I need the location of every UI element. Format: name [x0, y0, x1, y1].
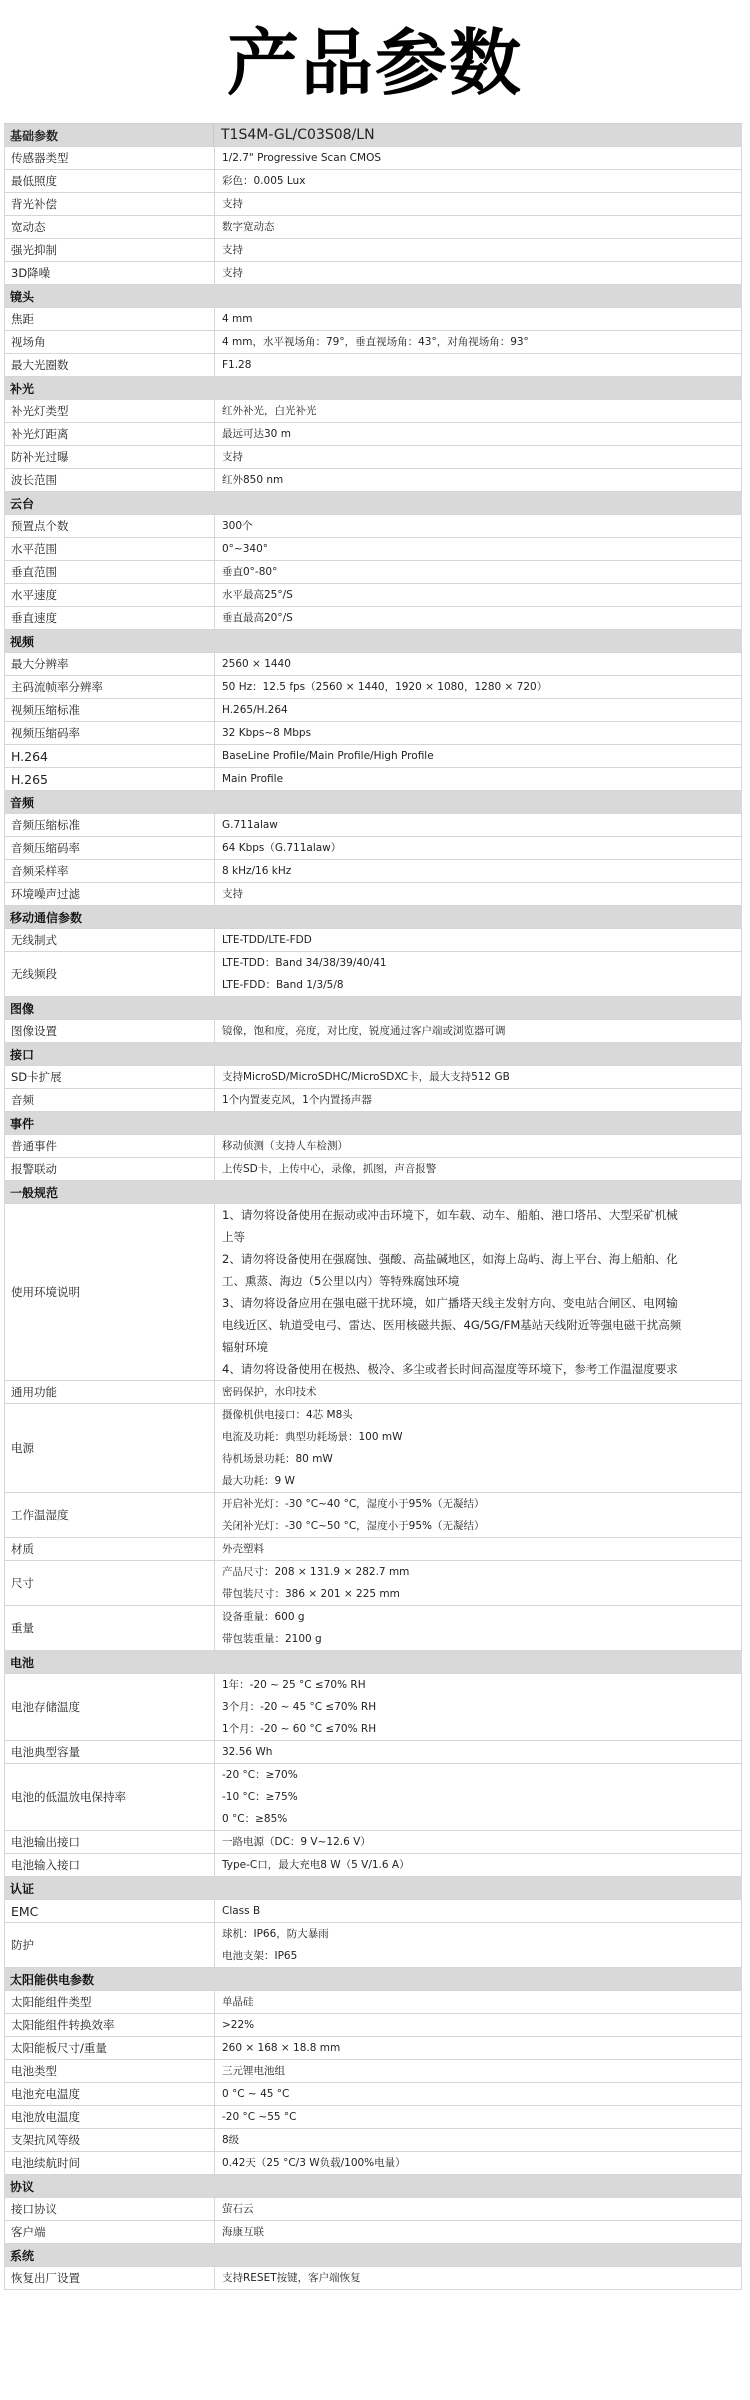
- spec-row: H.264BaseLine Profile/Main Profile/High …: [4, 745, 742, 768]
- spec-key: 强光抑制: [5, 239, 215, 261]
- spec-value-line: LTE-TDD：Band 34/38/39/40/41: [222, 952, 733, 974]
- spec-key: 电池输出接口: [5, 1831, 215, 1853]
- spec-key: 波长范围: [5, 469, 215, 491]
- spec-value-line: 彩色：0.005 Lux: [222, 170, 733, 192]
- spec-key: 防补光过曝: [5, 446, 215, 468]
- spec-value-line: 3、请勿将设备应用在强电磁干扰环境，如广播塔天线主发射方向、变电站合闸区、电网输: [222, 1292, 733, 1314]
- spec-value: 镜像，饱和度，亮度，对比度，锐度通过客户端或浏览器可调: [215, 1020, 741, 1042]
- spec-value: 支持: [215, 883, 741, 905]
- spec-value: -20 °C：≥70%-10 °C：≥75% 0 °C：≥85%: [215, 1764, 741, 1830]
- spec-value: 64 Kbps（G.711alaw）: [215, 837, 741, 859]
- spec-value: -20 °C ~55 °C: [215, 2106, 741, 2128]
- spec-value-line: 支持: [222, 446, 733, 468]
- spec-row: H.265Main Profile: [4, 768, 742, 791]
- spec-value: 0 °C ~ 45 °C: [215, 2083, 741, 2105]
- spec-value-line: 球机：IP66，防大暴雨: [222, 1923, 733, 1945]
- spec-key: 通用功能: [5, 1381, 215, 1403]
- spec-key: 视频压缩标准: [5, 699, 215, 721]
- spec-value-line: H.265/H.264: [222, 699, 733, 721]
- spec-key: 背光补偿: [5, 193, 215, 215]
- spec-key: 普通事件: [5, 1135, 215, 1157]
- spec-row: 最低照度彩色：0.005 Lux: [4, 170, 742, 193]
- spec-value-line: F1.28: [222, 354, 733, 376]
- spec-row: 电池的低温放电保持率-20 °C：≥70%-10 °C：≥75% 0 °C：≥8…: [4, 1764, 742, 1831]
- spec-value: 红外补光，白光补光: [215, 400, 741, 422]
- spec-value-line: 辐射环境: [222, 1336, 733, 1358]
- spec-row: 音频1个内置麦克风，1个内置扬声器: [4, 1089, 742, 1112]
- spec-key: 电源: [5, 1404, 215, 1492]
- section-header: 补光: [4, 377, 742, 400]
- spec-value-line: >22%: [222, 2014, 733, 2036]
- spec-value-line: 上传SD卡，上传中心，录像，抓图，声音报警: [222, 1158, 733, 1180]
- spec-key: 客户端: [5, 2221, 215, 2243]
- section-header: 云台: [4, 492, 742, 515]
- spec-row: 音频压缩标准G.711alaw: [4, 814, 742, 837]
- section-title: 系统: [4, 2247, 34, 2264]
- spec-value-line: 支持: [222, 883, 733, 905]
- spec-key: 垂直范围: [5, 561, 215, 583]
- spec-row: 垂直速度垂直最高20°/S: [4, 607, 742, 630]
- spec-value-line: 1、请勿将设备使用在振动或冲击环境下，如车载、动车、船舶、港口塔吊、大型采矿机械: [222, 1204, 733, 1226]
- spec-key: H.265: [5, 768, 215, 790]
- spec-value: 支持: [215, 262, 741, 284]
- spec-value: 最远可达30 m: [215, 423, 741, 445]
- section-header: 音频: [4, 791, 742, 814]
- spec-value-line: 支持MicroSD/MicroSDHC/MicroSDXC卡，最大支持512 G…: [222, 1066, 733, 1088]
- spec-row: 最大分辨率2560 × 1440: [4, 653, 742, 676]
- spec-row: 电池典型容量32.56 Wh: [4, 1741, 742, 1764]
- spec-value-line: Type-C口，最大充电8 W（5 V/1.6 A）: [222, 1854, 733, 1876]
- section-title: 太阳能供电参数: [4, 1971, 94, 1988]
- spec-value: 球机：IP66，防大暴雨电池支架：IP65: [215, 1923, 741, 1967]
- spec-value-line: 8 kHz/16 kHz: [222, 860, 733, 882]
- spec-value: 支持MicroSD/MicroSDHC/MicroSDXC卡，最大支持512 G…: [215, 1066, 741, 1088]
- spec-value-line: 64 Kbps（G.711alaw）: [222, 837, 733, 859]
- spec-row: 传感器类型1/2.7" Progressive Scan CMOS: [4, 147, 742, 170]
- section-title: 移动通信参数: [4, 909, 82, 926]
- spec-value-line: 1年：-20 ~ 25 °C ≤70% RH: [222, 1674, 733, 1696]
- spec-value: 上传SD卡，上传中心，录像，抓图，声音报警: [215, 1158, 741, 1180]
- spec-row: 环境噪声过滤支持: [4, 883, 742, 906]
- spec-key: 3D降噪: [5, 262, 215, 284]
- spec-key: H.264: [5, 745, 215, 767]
- spec-value: Type-C口，最大充电8 W（5 V/1.6 A）: [215, 1854, 741, 1876]
- spec-row: 宽动态数字宽动态: [4, 216, 742, 239]
- spec-key: 尺寸: [5, 1561, 215, 1605]
- spec-key: 垂直速度: [5, 607, 215, 629]
- spec-value-line: 4、请勿将设备使用在极热、极冷、多尘或者长时间高湿度等环境下，参考工作温湿度要求: [222, 1358, 733, 1380]
- spec-row: 恢复出厂设置支持RESET按键，客户端恢复: [4, 2267, 742, 2290]
- spec-value-line: 3个月：-20 ~ 45 °C ≤70% RH: [222, 1696, 733, 1718]
- spec-row: 客户端海康互联: [4, 2221, 742, 2244]
- spec-row: 电源摄像机供电接口：4芯 M8头电流及功耗：典型功耗场景：100 mW待机场景功…: [4, 1404, 742, 1493]
- spec-value: LTE-TDD/LTE-FDD: [215, 929, 741, 951]
- section-title: 补光: [4, 380, 34, 397]
- spec-value-line: BaseLine Profile/Main Profile/High Profi…: [222, 745, 733, 767]
- spec-row: 无线频段LTE-TDD：Band 34/38/39/40/41LTE-FDD：B…: [4, 952, 742, 997]
- spec-value: 设备重量：600 g带包装重量：2100 g: [215, 1606, 741, 1650]
- spec-row: 太阳能组件类型单晶硅: [4, 1991, 742, 2014]
- spec-value-line: 设备重量：600 g: [222, 1606, 733, 1628]
- spec-row: SD卡扩展支持MicroSD/MicroSDHC/MicroSDXC卡，最大支持…: [4, 1066, 742, 1089]
- spec-value-line: 水平最高25°/S: [222, 584, 733, 606]
- spec-value: Main Profile: [215, 768, 741, 790]
- section-header: 事件: [4, 1112, 742, 1135]
- spec-row: 图像设置镜像，饱和度，亮度，对比度，锐度通过客户端或浏览器可调: [4, 1020, 742, 1043]
- spec-value: H.265/H.264: [215, 699, 741, 721]
- spec-value-line: 密码保护，水印技术: [222, 1381, 733, 1403]
- spec-row: 音频采样率8 kHz/16 kHz: [4, 860, 742, 883]
- page-title: 产品参数: [0, 18, 750, 108]
- spec-row: 背光补偿支持: [4, 193, 742, 216]
- spec-value-line: Main Profile: [222, 768, 733, 790]
- spec-value-line: 带包装尺寸：386 × 201 × 225 mm: [222, 1583, 733, 1605]
- section-header: 一般规范: [4, 1181, 742, 1204]
- model-number: T1S4M-GL/C03S08/LN: [221, 124, 734, 146]
- spec-value-line: 1个内置麦克风，1个内置扬声器: [222, 1089, 733, 1111]
- spec-row: 材质外壳塑料: [4, 1538, 742, 1561]
- spec-value-line: 带包装重量：2100 g: [222, 1628, 733, 1650]
- spec-value: Class B: [215, 1900, 741, 1922]
- spec-value-line: 1/2.7" Progressive Scan CMOS: [222, 147, 733, 169]
- spec-row: 重量设备重量：600 g带包装重量：2100 g: [4, 1606, 742, 1651]
- spec-key: 传感器类型: [5, 147, 215, 169]
- spec-key: 工作温湿度: [5, 1493, 215, 1537]
- spec-row: 音频压缩码率64 Kbps（G.711alaw）: [4, 837, 742, 860]
- spec-key: EMC: [5, 1900, 215, 1922]
- spec-row: 主码流帧率分辨率50 Hz：12.5 fps（2560 × 1440，1920 …: [4, 676, 742, 699]
- spec-value: 红外850 nm: [215, 469, 741, 491]
- spec-row: 通用功能密码保护，水印技术: [4, 1381, 742, 1404]
- spec-value: 摄像机供电接口：4芯 M8头电流及功耗：典型功耗场景：100 mW待机场景功耗：…: [215, 1404, 741, 1492]
- spec-value-line: 电线近区、轨道受电弓、雷达、医用核磁共振、4G/5G/FM基站天线附近等强电磁干…: [222, 1314, 733, 1336]
- spec-value-line: 红外补光，白光补光: [222, 400, 733, 422]
- spec-value: 垂直最高20°/S: [215, 607, 741, 629]
- spec-value: 单晶硅: [215, 1991, 741, 2013]
- spec-key: 最大光圈数: [5, 354, 215, 376]
- spec-value-line: 0°~340°: [222, 538, 733, 560]
- spec-value-line: 工、熏蒸、海边（5公里以内）等特殊腐蚀环境: [222, 1270, 733, 1292]
- spec-key: 太阳能组件转换效率: [5, 2014, 215, 2036]
- spec-value-line: 支持RESET按键，客户端恢复: [222, 2267, 733, 2289]
- spec-value-line: 红外850 nm: [222, 469, 733, 491]
- spec-value: 32 Kbps~8 Mbps: [215, 722, 741, 744]
- section-header: 太阳能供电参数: [4, 1968, 742, 1991]
- spec-value: 支持: [215, 446, 741, 468]
- spec-row: 垂直范围垂直0°-80°: [4, 561, 742, 584]
- spec-value: G.711alaw: [215, 814, 741, 836]
- section-header: 视频: [4, 630, 742, 653]
- spec-row: 电池存储温度1年：-20 ~ 25 °C ≤70% RH3个月：-20 ~ 45…: [4, 1674, 742, 1741]
- spec-key: 电池类型: [5, 2060, 215, 2082]
- spec-key: 水平范围: [5, 538, 215, 560]
- spec-row: 电池类型三元锂电池组: [4, 2060, 742, 2083]
- spec-key: 视场角: [5, 331, 215, 353]
- spec-value-line: 垂直0°-80°: [222, 561, 733, 583]
- spec-row: 预置点个数300个: [4, 515, 742, 538]
- section-title: 图像: [4, 1000, 34, 1017]
- spec-key: 音频压缩标准: [5, 814, 215, 836]
- spec-row: 报警联动上传SD卡，上传中心，录像，抓图，声音报警: [4, 1158, 742, 1181]
- spec-key: 无线制式: [5, 929, 215, 951]
- spec-table: 基础参数T1S4M-GL/C03S08/LN传感器类型1/2.7" Progre…: [4, 123, 742, 2290]
- spec-row: 水平速度水平最高25°/S: [4, 584, 742, 607]
- spec-value: 支持: [215, 239, 741, 261]
- spec-value: BaseLine Profile/Main Profile/High Profi…: [215, 745, 741, 767]
- spec-key: 水平速度: [5, 584, 215, 606]
- spec-value-line: 32 Kbps~8 Mbps: [222, 722, 733, 744]
- spec-value: 密码保护，水印技术: [215, 1381, 741, 1403]
- spec-value: 32.56 Wh: [215, 1741, 741, 1763]
- spec-value-line: 支持: [222, 239, 733, 261]
- spec-value-line: 0 °C ~ 45 °C: [222, 2083, 733, 2105]
- spec-value-line: G.711alaw: [222, 814, 733, 836]
- spec-key: 重量: [5, 1606, 215, 1650]
- spec-key: 预置点个数: [5, 515, 215, 537]
- spec-value: 1个内置麦克风，1个内置扬声器: [215, 1089, 741, 1111]
- section-title: 电池: [4, 1654, 34, 1671]
- spec-value-line: 开启补光灯：-30 °C~40 °C，湿度小于95%（无凝结）: [222, 1493, 733, 1515]
- spec-value: 水平最高25°/S: [215, 584, 741, 606]
- spec-value-line: -20 °C ~55 °C: [222, 2106, 733, 2128]
- spec-value-line: 待机场景功耗：80 mW: [222, 1448, 733, 1470]
- spec-key: 补光灯类型: [5, 400, 215, 422]
- spec-value: 产品尺寸：208 × 131.9 × 282.7 mm带包装尺寸：386 × 2…: [215, 1561, 741, 1605]
- spec-value-line: LTE-TDD/LTE-FDD: [222, 929, 733, 951]
- spec-value-line: -20 °C：≥70%: [222, 1764, 733, 1786]
- spec-value: 50 Hz：12.5 fps（2560 × 1440，1920 × 1080，1…: [215, 676, 741, 698]
- spec-value-line: 萤石云: [222, 2198, 733, 2220]
- spec-key: 主码流帧率分辨率: [5, 676, 215, 698]
- spec-value: 4 mm: [215, 308, 741, 330]
- section-title: 认证: [4, 1880, 34, 1897]
- spec-value-line: 最远可达30 m: [222, 423, 733, 445]
- spec-value: 开启补光灯：-30 °C~40 °C，湿度小于95%（无凝结）关闭补光灯：-30…: [215, 1493, 741, 1537]
- spec-value: 海康互联: [215, 2221, 741, 2243]
- spec-key: 视频压缩码率: [5, 722, 215, 744]
- spec-key: 防护: [5, 1923, 215, 1967]
- spec-value-line: 镜像，饱和度，亮度，对比度，锐度通过客户端或浏览器可调: [222, 1020, 733, 1042]
- section-header: 移动通信参数: [4, 906, 742, 929]
- spec-row: 普通事件移动侦测（支持人车检测）: [4, 1135, 742, 1158]
- spec-value-line: 2、请勿将设备使用在强腐蚀、强酸、高盐碱地区，如海上岛屿、海上平台、海上船舶、化: [222, 1248, 733, 1270]
- spec-value-line: 单晶硅: [222, 1991, 733, 2013]
- spec-value: 2560 × 1440: [215, 653, 741, 675]
- spec-key: 电池放电温度: [5, 2106, 215, 2128]
- spec-row: 电池输出接口一路电源（DC：9 V~12.6 V）: [4, 1831, 742, 1854]
- spec-row: 补光灯类型红外补光，白光补光: [4, 400, 742, 423]
- spec-value-line: 0 °C：≥85%: [222, 1808, 733, 1830]
- spec-value-line: 上等: [222, 1226, 733, 1248]
- spec-value-line: 300个: [222, 515, 733, 537]
- spec-key: 音频采样率: [5, 860, 215, 882]
- spec-value-line: LTE-FDD：Band 1/3/5/8: [222, 974, 733, 996]
- spec-value-line: 数字宽动态: [222, 216, 733, 238]
- spec-value-line: 垂直最高20°/S: [222, 607, 733, 629]
- spec-value-line: 一路电源（DC：9 V~12.6 V）: [222, 1831, 733, 1853]
- spec-row: 电池充电温度0 °C ~ 45 °C: [4, 2083, 742, 2106]
- spec-value-line: 移动侦测（支持人车检测）: [222, 1135, 733, 1157]
- spec-value-line: 产品尺寸：208 × 131.9 × 282.7 mm: [222, 1561, 733, 1583]
- spec-key: 补光灯距离: [5, 423, 215, 445]
- spec-value-line: 最大功耗：9 W: [222, 1470, 733, 1492]
- spec-key: 使用环境说明: [5, 1204, 215, 1380]
- spec-key: 最大分辨率: [5, 653, 215, 675]
- spec-value: 支持RESET按键，客户端恢复: [215, 2267, 741, 2289]
- spec-value-line: 摄像机供电接口：4芯 M8头: [222, 1404, 733, 1426]
- spec-row: 强光抑制支持: [4, 239, 742, 262]
- spec-value-line: 8级: [222, 2129, 733, 2151]
- section-header: 图像: [4, 997, 742, 1020]
- section-title: 接口: [4, 1046, 34, 1063]
- spec-row: 电池输入接口Type-C口，最大充电8 W（5 V/1.6 A）: [4, 1854, 742, 1877]
- spec-value-line: 0.42天（25 °C/3 W负载/100%电量）: [222, 2152, 733, 2174]
- spec-value: 外壳塑料: [215, 1538, 741, 1560]
- section-header: 协议: [4, 2175, 742, 2198]
- spec-value-line: -10 °C：≥75%: [222, 1786, 733, 1808]
- spec-row: 太阳能组件转换效率>22%: [4, 2014, 742, 2037]
- spec-row: 3D降噪支持: [4, 262, 742, 285]
- spec-value: LTE-TDD：Band 34/38/39/40/41LTE-FDD：Band …: [215, 952, 741, 996]
- section-header: 系统: [4, 2244, 742, 2267]
- spec-row: 视频压缩码率32 Kbps~8 Mbps: [4, 722, 742, 745]
- spec-row: 最大光圈数F1.28: [4, 354, 742, 377]
- spec-value-line: Class B: [222, 1900, 733, 1922]
- spec-value-line: 关闭补光灯：-30 °C~50 °C，湿度小于95%（无凝结）: [222, 1515, 733, 1537]
- spec-key: 接口协议: [5, 2198, 215, 2220]
- spec-value-line: 32.56 Wh: [222, 1741, 733, 1763]
- spec-key: 电池输入接口: [5, 1854, 215, 1876]
- spec-value: 1年：-20 ~ 25 °C ≤70% RH3个月：-20 ~ 45 °C ≤7…: [215, 1674, 741, 1740]
- spec-row: 电池放电温度-20 °C ~55 °C: [4, 2106, 742, 2129]
- section-header: 认证: [4, 1877, 742, 1900]
- spec-key: 电池存储温度: [5, 1674, 215, 1740]
- spec-value: 萤石云: [215, 2198, 741, 2220]
- spec-value-line: 海康互联: [222, 2221, 733, 2243]
- spec-key: 音频压缩码率: [5, 837, 215, 859]
- spec-key: 材质: [5, 1538, 215, 1560]
- spec-value-line: 260 × 168 × 18.8 mm: [222, 2037, 733, 2059]
- section-title: 音频: [4, 794, 34, 811]
- spec-key: 环境噪声过滤: [5, 883, 215, 905]
- spec-value: 0.42天（25 °C/3 W负载/100%电量）: [215, 2152, 741, 2174]
- spec-value: 彩色：0.005 Lux: [215, 170, 741, 192]
- spec-key: 无线频段: [5, 952, 215, 996]
- spec-row: 电池续航时间0.42天（25 °C/3 W负载/100%电量）: [4, 2152, 742, 2175]
- spec-key: 支架抗风等级: [5, 2129, 215, 2151]
- spec-value: 300个: [215, 515, 741, 537]
- spec-key: 宽动态: [5, 216, 215, 238]
- spec-row: 视频压缩标准H.265/H.264: [4, 699, 742, 722]
- spec-key: 最低照度: [5, 170, 215, 192]
- spec-key: 报警联动: [5, 1158, 215, 1180]
- spec-key: 电池典型容量: [5, 1741, 215, 1763]
- spec-row: 支架抗风等级8级: [4, 2129, 742, 2152]
- spec-value: 支持: [215, 193, 741, 215]
- spec-value: 一路电源（DC：9 V~12.6 V）: [215, 1831, 741, 1853]
- section-title: 协议: [4, 2178, 34, 2195]
- spec-key: 太阳能组件类型: [5, 1991, 215, 2013]
- section-header: 基础参数T1S4M-GL/C03S08/LN: [4, 124, 742, 147]
- spec-value: 260 × 168 × 18.8 mm: [215, 2037, 741, 2059]
- spec-key: 焦距: [5, 308, 215, 330]
- spec-value-line: 50 Hz：12.5 fps（2560 × 1440，1920 × 1080，1…: [222, 676, 733, 698]
- spec-key: 电池续航时间: [5, 2152, 215, 2174]
- spec-row: 焦距4 mm: [4, 308, 742, 331]
- spec-row: 波长范围红外850 nm: [4, 469, 742, 492]
- spec-value-line: 4 mm，水平视场角：79°，垂直视场角：43°，对角视场角：93°: [222, 331, 733, 353]
- spec-row: 水平范围0°~340°: [4, 538, 742, 561]
- section-title: 基础参数: [4, 124, 214, 147]
- section-header: 接口: [4, 1043, 742, 1066]
- spec-value-line: 1个月：-20 ~ 60 °C ≤70% RH: [222, 1718, 733, 1740]
- section-header: 电池: [4, 1651, 742, 1674]
- spec-row: 补光灯距离最远可达30 m: [4, 423, 742, 446]
- section-title: 镜头: [4, 288, 34, 305]
- spec-value: >22%: [215, 2014, 741, 2036]
- spec-row: 无线制式LTE-TDD/LTE-FDD: [4, 929, 742, 952]
- spec-row: 接口协议萤石云: [4, 2198, 742, 2221]
- spec-value-line: 2560 × 1440: [222, 653, 733, 675]
- spec-value-line: 支持: [222, 262, 733, 284]
- spec-key: 太阳能板尺寸/重量: [5, 2037, 215, 2059]
- spec-value: 三元锂电池组: [215, 2060, 741, 2082]
- spec-value: 垂直0°-80°: [215, 561, 741, 583]
- spec-value: 数字宽动态: [215, 216, 741, 238]
- spec-value: 4 mm，水平视场角：79°，垂直视场角：43°，对角视场角：93°: [215, 331, 741, 353]
- spec-key: 音频: [5, 1089, 215, 1111]
- spec-value-line: 支持: [222, 193, 733, 215]
- section-title: 视频: [4, 633, 34, 650]
- spec-value-line: 三元锂电池组: [222, 2060, 733, 2082]
- spec-value-line: 电池支架：IP65: [222, 1945, 733, 1967]
- spec-value: 移动侦测（支持人车检测）: [215, 1135, 741, 1157]
- spec-key: 电池充电温度: [5, 2083, 215, 2105]
- spec-value: 1、请勿将设备使用在振动或冲击环境下，如车载、动车、船舶、港口塔吊、大型采矿机械…: [215, 1204, 741, 1380]
- section-title: 事件: [4, 1115, 34, 1132]
- spec-value-line: 电流及功耗：典型功耗场景：100 mW: [222, 1426, 733, 1448]
- spec-key: SD卡扩展: [5, 1066, 215, 1088]
- spec-value: 0°~340°: [215, 538, 741, 560]
- spec-key: 电池的低温放电保持率: [5, 1764, 215, 1830]
- spec-value: F1.28: [215, 354, 741, 376]
- spec-row: 尺寸产品尺寸：208 × 131.9 × 282.7 mm带包装尺寸：386 ×…: [4, 1561, 742, 1606]
- section-title: 云台: [4, 495, 34, 512]
- spec-value: 1/2.7" Progressive Scan CMOS: [215, 147, 741, 169]
- spec-row: 太阳能板尺寸/重量260 × 168 × 18.8 mm: [4, 2037, 742, 2060]
- spec-value: 8 kHz/16 kHz: [215, 860, 741, 882]
- spec-row: 使用环境说明1、请勿将设备使用在振动或冲击环境下，如车载、动车、船舶、港口塔吊、…: [4, 1204, 742, 1381]
- section-header: 镜头: [4, 285, 742, 308]
- spec-value-line: 4 mm: [222, 308, 733, 330]
- spec-row: 视场角4 mm，水平视场角：79°，垂直视场角：43°，对角视场角：93°: [4, 331, 742, 354]
- spec-value-line: 外壳塑料: [222, 1538, 733, 1560]
- spec-row: 防补光过曝支持: [4, 446, 742, 469]
- spec-key: 恢复出厂设置: [5, 2267, 215, 2289]
- spec-row: EMCClass B: [4, 1900, 742, 1923]
- spec-row: 工作温湿度开启补光灯：-30 °C~40 °C，湿度小于95%（无凝结）关闭补光…: [4, 1493, 742, 1538]
- section-title: 一般规范: [4, 1184, 58, 1201]
- spec-row: 防护球机：IP66，防大暴雨电池支架：IP65: [4, 1923, 742, 1968]
- spec-key: 图像设置: [5, 1020, 215, 1042]
- spec-value: 8级: [215, 2129, 741, 2151]
